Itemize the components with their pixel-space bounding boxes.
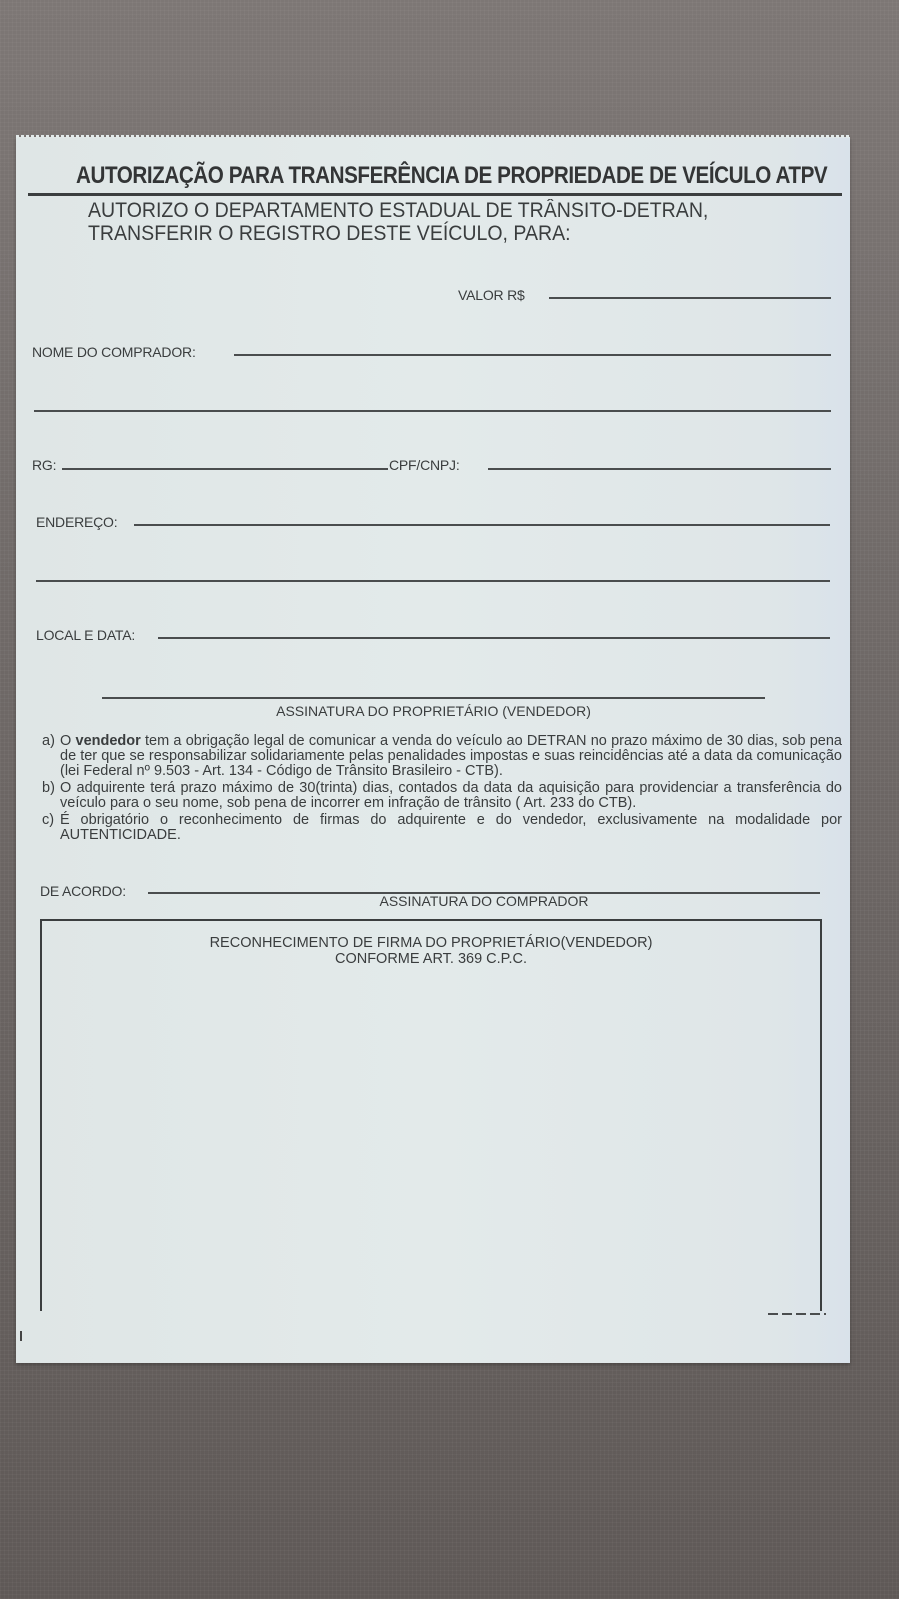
local-data-label: LOCAL E DATA: xyxy=(36,627,135,643)
authorization-line-1: AUTORIZO O DEPARTAMENTO ESTADUAL DE TRÂN… xyxy=(88,199,708,222)
note-emphasis: vendedor xyxy=(76,733,141,749)
valor-label: VALOR R$ xyxy=(458,287,525,303)
cpf-cnpj-label: CPF/CNPJ: xyxy=(389,457,460,473)
endereco-field-line-2[interactable] xyxy=(36,580,830,582)
form-title: AUTORIZAÇÃO PARA TRANSFERÊNCIA DE PROPRI… xyxy=(76,162,730,190)
nome-comprador-field[interactable] xyxy=(234,354,831,356)
rg-label: RG: xyxy=(32,457,56,473)
note-marker: b) xyxy=(42,781,60,811)
note-c: c) É obrigatório o reconhecimento de fir… xyxy=(42,813,842,843)
nome-comprador-field-line-2[interactable] xyxy=(34,410,831,412)
valor-field[interactable] xyxy=(549,297,831,299)
note-marker: c) xyxy=(42,813,60,843)
endereco-field[interactable] xyxy=(134,524,830,526)
authorization-line-2: TRANSFERIR O REGISTRO DESTE VEÍCULO, PAR… xyxy=(88,222,708,245)
note-b: b) O adquirente terá prazo máximo de 30(… xyxy=(42,781,842,811)
endereco-label: ENDEREÇO: xyxy=(36,514,117,530)
seller-signature-line[interactable] xyxy=(102,697,765,699)
authorization-statement: AUTORIZO O DEPARTAMENTO ESTADUAL DE TRÂN… xyxy=(88,199,708,245)
title-divider xyxy=(28,193,842,196)
note-a: a) O vendedor tem a obrigação legal de c… xyxy=(42,734,842,779)
de-acordo-label: DE ACORDO: xyxy=(40,883,126,899)
corner-tick-mark xyxy=(20,1331,22,1341)
cut-dash-mark xyxy=(768,1313,826,1315)
nome-comprador-label: NOME DO COMPRADOR: xyxy=(32,344,196,360)
rg-field[interactable] xyxy=(62,468,388,470)
buyer-signature-caption: ASSINATURA DO COMPRADOR xyxy=(148,893,820,909)
note-marker: a) xyxy=(42,734,60,779)
atpv-form-sheet: AUTORIZAÇÃO PARA TRANSFERÊNCIA DE PROPRI… xyxy=(16,137,850,1363)
seller-signature-caption: ASSINATURA DO PROPRIETÁRIO (VENDEDOR) xyxy=(102,703,765,719)
legal-notes: a) O vendedor tem a obrigação legal de c… xyxy=(42,734,842,845)
notary-box-title: RECONHECIMENTO DE FIRMA DO PROPRIETÁRIO(… xyxy=(42,935,820,967)
cpf-cnpj-field[interactable] xyxy=(488,468,831,470)
local-data-field[interactable] xyxy=(158,637,830,639)
notary-recognition-box[interactable]: RECONHECIMENTO DE FIRMA DO PROPRIETÁRIO(… xyxy=(40,919,822,1311)
